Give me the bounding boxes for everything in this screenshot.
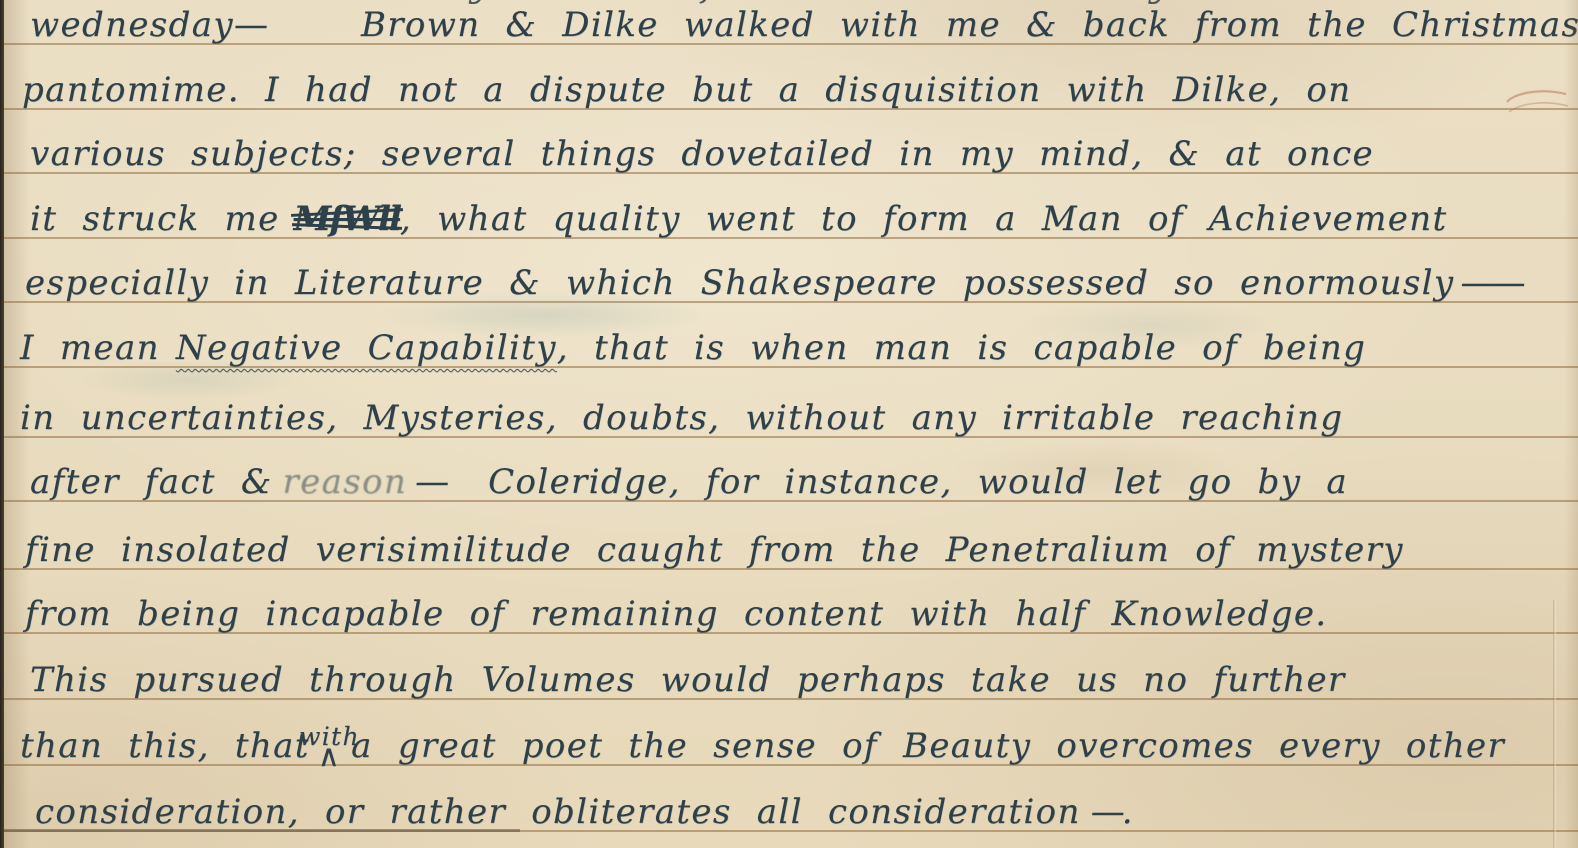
page-crease [1553,600,1556,848]
crossed-out-word: MfWll [294,193,400,245]
manuscript-line-4: it struck meMfWll, what quality went to … [30,193,1448,251]
text-segment: after fact & [30,456,273,508]
manuscript-line-2: pantomime. I had not a dispute but a dis… [22,64,1351,122]
page-right-shadow [1564,0,1578,848]
text-segment: , what quality went to form a Man of Ach… [400,193,1448,245]
text-segment: I mean [20,322,160,374]
manuscript-line-11: This pursued through Volumes would perha… [30,654,1346,712]
text-segment: , that is when man is capable of being [557,322,1366,374]
text-segment: — [234,0,265,51]
text-segment: in uncertainties, Mysteries, doubts, wit… [20,392,1343,444]
manuscript-line-12: than this, thatwith∧a great poet the sen… [20,720,1505,778]
manuscript-line-1: wednesday—Brown & Dilke walked with me &… [30,0,1578,57]
manuscript-line-10: from being incapable of remaining conten… [25,588,1327,646]
inserted-word-with-caret: with∧ [318,720,341,774]
manuscript-line-13: consideration, or rather obliterates all… [35,786,1130,844]
text-segment: consideration, or rather obliterates all… [35,786,1081,838]
text-segment: This pursued through Volumes would perha… [30,654,1346,706]
text-segment: it struck me [30,193,280,245]
manuscript-line-5: especially in Literature & which Shakesp… [25,257,1522,315]
text-segment: — [415,456,446,508]
text-segment: wednesday [30,0,234,51]
manuscript-line-7: in uncertainties, Mysteries, doubts, wit… [20,392,1343,450]
text-segment: reason [283,456,408,508]
text-segment: Brown & Dilke walked with me & back from… [361,0,1578,51]
text-segment: from being incapable of remaining conten… [25,588,1327,640]
manuscript-line-6: I meanNegative Capability, that is when … [20,322,1366,380]
page-left-shadow [4,0,30,848]
caret-mark: ∧ [318,731,341,783]
text-segment: fine insolated verisimilitude caught fro… [25,524,1404,576]
text-segment: —. [1091,786,1130,838]
manuscript-line-8: after fact &reason—Coleridge, for instan… [30,456,1348,514]
text-segment: especially in Literature & which Shakesp… [25,257,1454,309]
text-segment: Negative Capability [176,322,557,374]
manuscript-page: y f l y wednesday—Brown & Dilke walked w… [0,0,1578,848]
text-segment: than this, that [20,720,310,772]
text-segment: a great poet the sense of Beauty overcom… [351,720,1505,772]
text-segment: pantomime. I had not a dispute but a dis… [22,64,1351,116]
text-segment: Coleridge, for instance, would let go by… [488,456,1348,508]
text-segment: —— [1460,257,1522,309]
manuscript-line-3: various subjects; several things dovetai… [30,128,1374,186]
manuscript-line-9: fine insolated verisimilitude caught fro… [25,524,1404,582]
text-segment: various subjects; several things dovetai… [30,128,1374,180]
